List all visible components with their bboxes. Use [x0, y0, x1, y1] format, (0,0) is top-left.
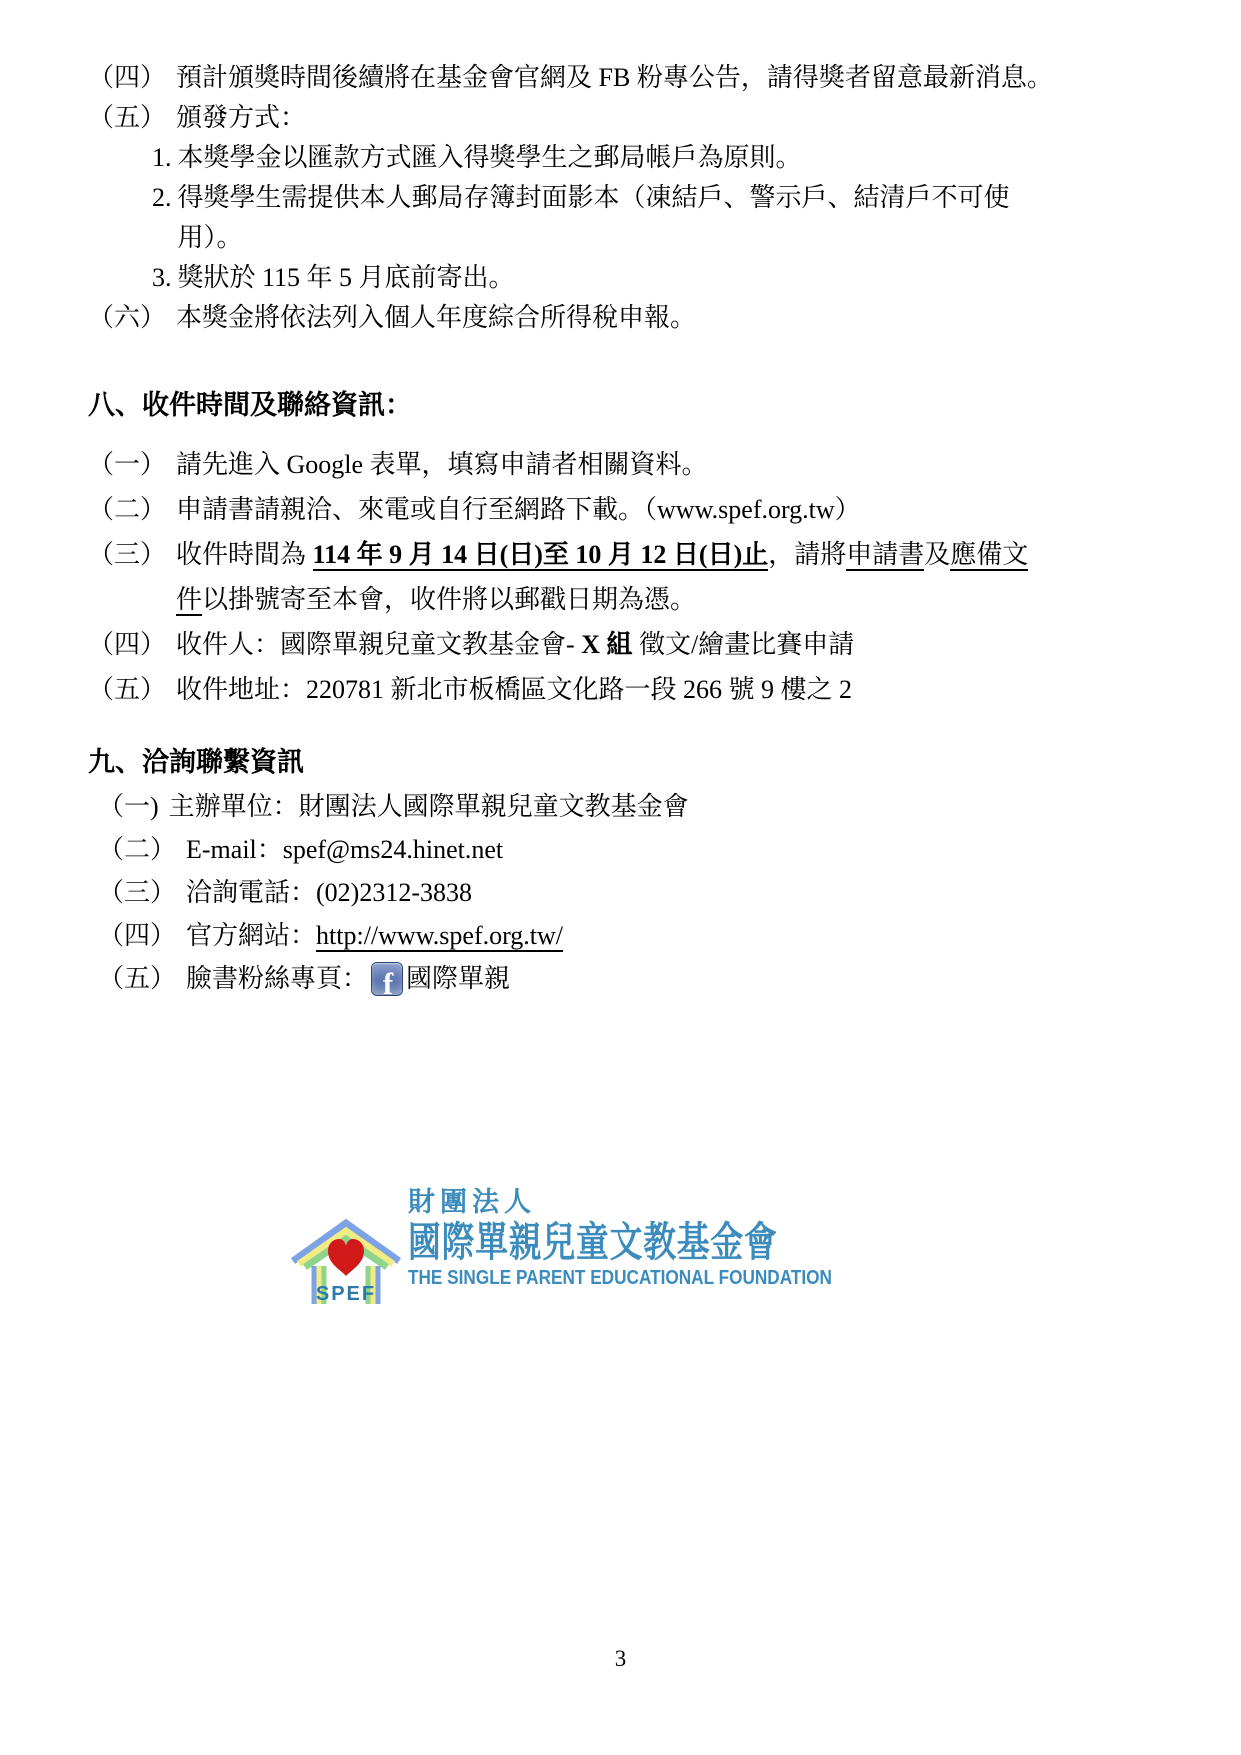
foundation-logo: SPEF 財團法人 國際單親兒童文教基金會 THE SINGLE PARENT … — [288, 1186, 901, 1306]
list-item: （一）請先進入 Google 表單，填寫申請者相關資料。 — [88, 442, 1173, 487]
item-label: （五） — [88, 667, 166, 712]
text-run: 獎狀於 115 年 5 月底前寄出。 — [178, 263, 515, 292]
logo-org-name-zh: 國際單親兒童文教基金會 — [408, 1218, 802, 1266]
text-run: 收件時間為 — [176, 540, 313, 569]
text-run: 臉書粉絲專頁： — [186, 964, 368, 993]
list-item: （三）洽詢電話：(02)2312-3838 — [88, 871, 1173, 914]
item-label: （五） — [98, 957, 176, 1000]
text-run: 應備文 — [950, 540, 1028, 571]
item-text: 收件地址：220781 新北市板橋區文化路一段 266 號 9 樓之 2 — [176, 667, 1173, 712]
text-run: 114 年 9 月 14 日(日)至 10 月 12 日(日)止 — [313, 540, 769, 571]
list-item: （四）收件人：國際單親兒童文教基金會- X 組 徵文/繪畫比賽申請 — [88, 622, 1173, 667]
list-item: （四）官方網站：http://www.spef.org.tw/ — [88, 914, 1173, 957]
item-text: 主辦單位：財團法人國際單親兒童文教基金會 — [169, 785, 1173, 828]
item-text: 預計頒獎時間後續將在基金會官網及 FB 粉專公告，請得獎者留意最新消息。 — [176, 58, 1173, 98]
page-number: 3 — [0, 1644, 1241, 1674]
list-item: （五）收件地址：220781 新北市板橋區文化路一段 266 號 9 樓之 2 — [88, 667, 1173, 712]
item-text: 本獎學金以匯款方式匯入得獎學生之郵局帳戶為原則。 — [178, 138, 1174, 178]
facebook-f-glyph: f — [383, 970, 393, 995]
item-label: （三） — [98, 871, 176, 914]
item-text: 獎狀於 115 年 5 月底前寄出。 — [178, 258, 1174, 298]
text-run: 請先進入 Google 表單，填寫申請者相關資料。 — [176, 450, 708, 479]
item-label: （四） — [88, 58, 166, 98]
item-label: （一) — [98, 785, 159, 828]
list-item: （五）臉書粉絲專頁：f國際單親 — [88, 957, 1173, 1000]
facebook-icon[interactable]: f — [372, 963, 402, 995]
item-text: 收件人：國際單親兒童文教基金會- X 組 徵文/繪畫比賽申請 — [176, 622, 1173, 667]
item-label: （六） — [88, 298, 166, 338]
heart-icon — [328, 1239, 364, 1276]
item-text: 得獎學生需提供本人郵局存簿封面影本（凍結戶、警示戶、結清戶不可使用）。 — [178, 178, 1174, 258]
spef-wordmark: SPEF — [316, 1283, 376, 1305]
text-run: X 組 — [581, 630, 632, 659]
text-run: 申請書請親洽、來電或自行至網路下載。（www.spef.org.tw） — [176, 495, 861, 524]
list-item: （五）頒發方式： — [88, 98, 1173, 138]
text-run: 以掛號寄至本會，收件將以郵戳日期為憑。 — [202, 585, 696, 614]
text-run: 洽詢電話：(02)2312-3838 — [186, 878, 472, 907]
list-item: （四）預計頒獎時間後續將在基金會官網及 FB 粉專公告，請得獎者留意最新消息。 — [88, 58, 1173, 98]
list-item: （三）收件時間為 114 年 9 月 14 日(日)至 10 月 12 日(日)… — [88, 532, 1173, 622]
item-label: （四） — [98, 914, 176, 957]
text-run: E-mail：spef@ms24.hinet.net — [186, 835, 503, 864]
list-item: （二）E-mail：spef@ms24.hinet.net — [88, 828, 1173, 871]
item-text: 洽詢電話：(02)2312-3838 — [186, 871, 1173, 914]
text-run: 預計頒獎時間後續將在基金會官網及 FB 粉專公告，請得獎者留意最新消息。 — [176, 63, 1053, 92]
list-item: 2.得獎學生需提供本人郵局存簿封面影本（凍結戶、警示戶、結清戶不可使用）。 — [88, 178, 1173, 258]
item-label: （二） — [98, 828, 176, 871]
logo-org-name-en: THE SINGLE PARENT EDUCATIONAL FOUNDATION — [408, 1266, 832, 1290]
item-label: （三） — [88, 532, 166, 577]
document-page: （四）預計頒獎時間後續將在基金會官網及 FB 粉專公告，請得獎者留意最新消息。（… — [0, 0, 1241, 1755]
text-run: 收件地址：220781 新北市板橋區文化路一段 266 號 9 樓之 2 — [176, 675, 852, 704]
item-text: 臉書粉絲專頁：f國際單親 — [186, 957, 1173, 1000]
text-run: 申請書 — [846, 540, 924, 571]
heading-9: 九、洽詢聯繫資訊 — [88, 740, 1173, 785]
text-run: 本獎金將依法列入個人年度綜合所得稅申報。 — [176, 303, 696, 332]
logo-text-block: 財團法人 國際單親兒童文教基金會 THE SINGLE PARENT EDUCA… — [408, 1186, 901, 1290]
item-label: （一） — [88, 442, 166, 487]
item-label: 3. — [152, 258, 172, 298]
list-item: （二）申請書請親洽、來電或自行至網路下載。（www.spef.org.tw） — [88, 487, 1173, 532]
hyperlink[interactable]: http://www.spef.org.tw/ — [316, 921, 563, 952]
text-run: ，請將 — [768, 540, 846, 569]
text-run: 用）。 — [178, 223, 243, 252]
text-run: 徵文/繪畫比賽申請 — [632, 630, 854, 659]
list-item: 3.獎狀於 115 年 5 月底前寄出。 — [88, 258, 1173, 298]
text-run: 及 — [924, 540, 950, 569]
item-text: 收件時間為 114 年 9 月 14 日(日)至 10 月 12 日(日)止，請… — [176, 532, 1173, 622]
list-item: （一)主辦單位：財團法人國際單親兒童文教基金會 — [88, 785, 1173, 828]
document-body: （四）預計頒獎時間後續將在基金會官網及 FB 粉專公告，請得獎者留意最新消息。（… — [0, 0, 1241, 1000]
heading-8: 八、收件時間及聯絡資訊： — [88, 383, 1173, 428]
text-run: 官方網站： — [186, 921, 316, 950]
item-text: 請先進入 Google 表單，填寫申請者相關資料。 — [176, 442, 1173, 487]
item-label: （五） — [88, 98, 166, 138]
text-run: 件 — [176, 585, 202, 616]
item-label: （四） — [88, 622, 166, 667]
item-text: 本獎金將依法列入個人年度綜合所得稅申報。 — [176, 298, 1173, 338]
item-text: 頒發方式： — [176, 98, 1173, 138]
item-label: 2. — [152, 178, 172, 218]
spef-house-icon: SPEF — [288, 1214, 404, 1306]
text-run: 頒發方式： — [176, 103, 306, 132]
text-run: 本獎學金以匯款方式匯入得獎學生之郵局帳戶為原則。 — [178, 143, 802, 172]
text-run: 得獎學生需提供本人郵局存簿封面影本（凍結戶、警示戶、結清戶不可使 — [178, 183, 1010, 212]
item-label: （二） — [88, 487, 166, 532]
item-label: 1. — [152, 138, 172, 178]
text-run: 收件人：國際單親兒童文教基金會- — [176, 630, 581, 659]
logo-org-type: 財團法人 — [408, 1186, 901, 1218]
item-text: 申請書請親洽、來電或自行至網路下載。（www.spef.org.tw） — [176, 487, 1173, 532]
list-item: 1.本獎學金以匯款方式匯入得獎學生之郵局帳戶為原則。 — [88, 138, 1173, 178]
text-run: 國際單親 — [406, 964, 510, 993]
text-run: 主辦單位：財團法人國際單親兒童文教基金會 — [169, 792, 689, 821]
item-text: 官方網站：http://www.spef.org.tw/ — [186, 914, 1173, 957]
item-text: E-mail：spef@ms24.hinet.net — [186, 828, 1173, 871]
list-item: （六）本獎金將依法列入個人年度綜合所得稅申報。 — [88, 298, 1173, 338]
